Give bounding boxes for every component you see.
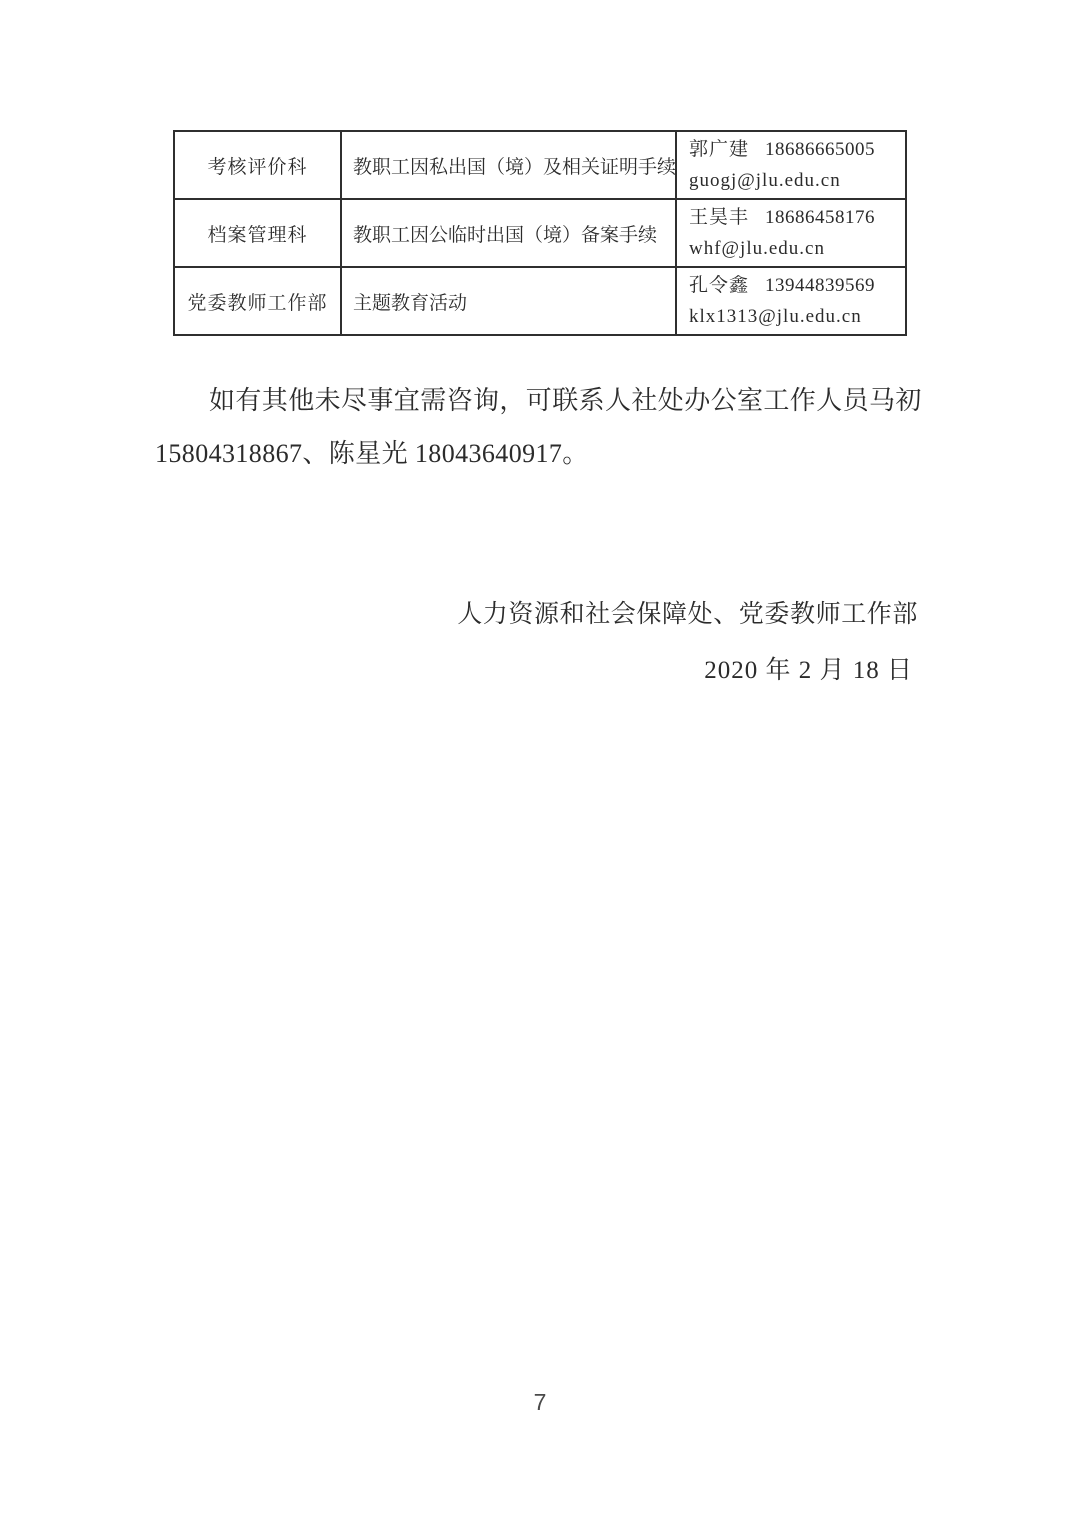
table-row: 档案管理科 教职工因公临时出国（境）备案手续 王昊丰18686458176 wh… xyxy=(174,199,906,267)
note-line-2: 15804318867、陈星光 18043640917。 xyxy=(155,427,930,480)
signature-organization: 人力资源和社会保障处、党委教师工作部 xyxy=(457,599,918,631)
contact-name-phone: 王昊丰18686458176 xyxy=(689,202,905,233)
service-cell: 教职工因公临时出国（境）备案手续 xyxy=(341,199,676,267)
contact-phone: 18686665005 xyxy=(765,139,875,160)
contact-email: whf@jlu.edu.cn xyxy=(689,233,905,264)
contact-name: 王昊丰 xyxy=(689,207,749,228)
table-row: 考核评价科 教职工因私出国（境）及相关证明手续 郭广建18686665005 g… xyxy=(174,131,906,199)
table-row: 党委教师工作部 主题教育活动 孔令鑫13944839569 klx1313@jl… xyxy=(174,267,906,335)
contact-phone: 18686458176 xyxy=(765,207,875,228)
service-cell: 教职工因私出国（境）及相关证明手续 xyxy=(341,131,676,199)
signature-date: 2020 年 2 月 18 日 xyxy=(704,655,913,687)
note-paragraph: 如有其他未尽事宜需咨询，可联系人社处办公室工作人员马初 15804318867、… xyxy=(155,374,930,480)
contact-name: 郭广建 xyxy=(689,139,749,160)
contact-table: 考核评价科 教职工因私出国（境）及相关证明手续 郭广建18686665005 g… xyxy=(173,130,907,336)
note-line-1: 如有其他未尽事宜需咨询，可联系人社处办公室工作人员马初 xyxy=(155,374,930,427)
contact-email: guogj@jlu.edu.cn xyxy=(689,165,905,196)
department-cell: 考核评价科 xyxy=(174,131,341,199)
contact-name-phone: 孔令鑫13944839569 xyxy=(689,270,905,301)
department-cell: 党委教师工作部 xyxy=(174,267,341,335)
contact-cell: 王昊丰18686458176 whf@jlu.edu.cn xyxy=(676,199,906,267)
contact-cell: 孔令鑫13944839569 klx1313@jlu.edu.cn xyxy=(676,267,906,335)
contact-phone: 13944839569 xyxy=(765,275,875,296)
contact-name: 孔令鑫 xyxy=(689,275,749,296)
service-cell: 主题教育活动 xyxy=(341,267,676,335)
page-number: 7 xyxy=(0,1389,1080,1416)
contact-name-phone: 郭广建18686665005 xyxy=(689,134,905,165)
department-cell: 档案管理科 xyxy=(174,199,341,267)
contact-email: klx1313@jlu.edu.cn xyxy=(689,301,905,332)
contact-cell: 郭广建18686665005 guogj@jlu.edu.cn xyxy=(676,131,906,199)
document-page: 考核评价科 教职工因私出国（境）及相关证明手续 郭广建18686665005 g… xyxy=(0,0,1080,1527)
